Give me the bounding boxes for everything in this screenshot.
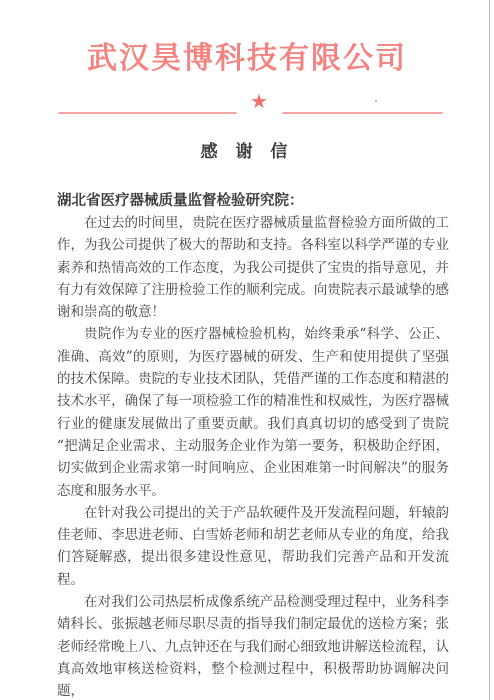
star-icon: ★ bbox=[0, 91, 494, 111]
letter-paragraph-2: 贵院作为专业的医疗器械检验机构，始终秉承“科学、公正、准确、高效”的原则，为医疗… bbox=[57, 323, 449, 501]
scan-page-edge bbox=[489, 0, 490, 700]
company-name-header: 武汉昊博科技有限公司 bbox=[0, 33, 494, 77]
letter-page: 武汉昊博科技有限公司 ★ 感 谢 信 湖北省医疗器械质量监督检验研究院： 在过去… bbox=[0, 0, 494, 700]
letter-paragraph-1: 在过去的时间里，贵院在医疗器械质量监督检验方面所做的工作，为我公司提供了极大的帮… bbox=[57, 212, 449, 323]
divider-line-right bbox=[282, 112, 443, 114]
letter-paragraph-3: 在针对我公司提出的关于产品软硬件及开发流程问题，轩辕韵佳老师、李思进老师、白雪娇… bbox=[57, 502, 449, 591]
divider-line-left bbox=[58, 112, 237, 114]
letter-body: 湖北省医疗器械质量监督检验研究院： 在过去的时间里，贵院在医疗器械质量监督检验方… bbox=[57, 189, 449, 700]
letter-paragraph-4: 在对我们公司热层析成像系统产品检测受理过程中，业务科李婧科长、张振越老师尽职尽责… bbox=[57, 591, 449, 700]
salutation: 湖北省医疗器械质量监督检验研究院： bbox=[57, 189, 449, 212]
scan-speck bbox=[375, 100, 377, 102]
letter-title: 感 谢 信 bbox=[0, 137, 494, 162]
